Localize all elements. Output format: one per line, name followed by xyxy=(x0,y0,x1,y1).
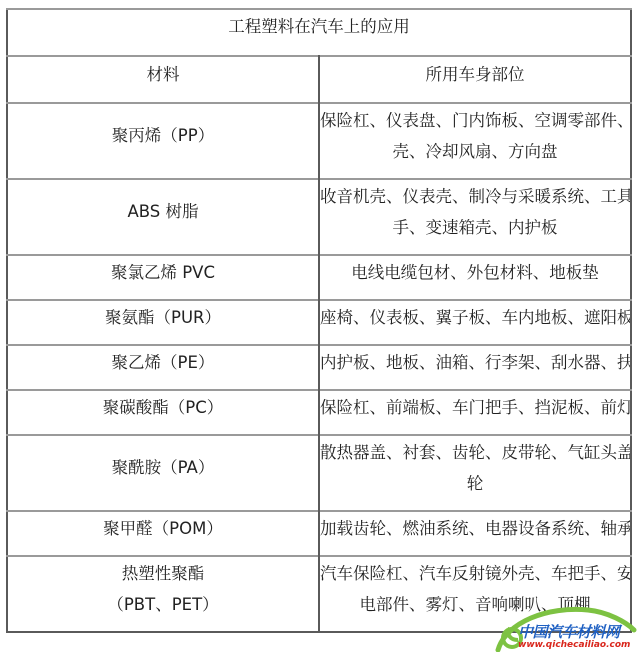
material-cell: 聚碳酸酯（PC） xyxy=(7,390,319,435)
parts-text-line: 汽车保险杠、汽车反射镜外壳、车把手、安全气囊通 xyxy=(320,558,630,589)
material-cell: 聚丙烯（PP） xyxy=(7,103,319,179)
material-name: 聚丙烯（PP） xyxy=(8,120,318,151)
table-row: 聚氯乙烯 PVC 电线电缆包材、外包材料、地板垫 xyxy=(7,255,631,300)
material-cell: 聚酰胺（PA） xyxy=(7,435,319,511)
parts-cell: 加载齿轮、燃油系统、电器设备系统、轴承、衬套 xyxy=(319,511,631,556)
material-name: 聚甲醛（POM） xyxy=(8,513,318,544)
table-row: 聚乙烯（PE） 内护板、地板、油箱、行李架、刮水器、扶手骨架 xyxy=(7,345,631,390)
header-material: 材料 xyxy=(8,57,318,90)
material-cell: 聚氨酯（PUR） xyxy=(7,300,319,345)
parts-text-line: 保险杠、前端板、车门把手、挡泥板、前灯 xyxy=(320,392,630,423)
header-parts-cell: 所用车身部位 xyxy=(319,56,631,103)
table-row: 聚甲醛（POM） 加载齿轮、燃油系统、电器设备系统、轴承、衬套 xyxy=(7,511,631,556)
parts-text-line: 收音机壳、仪表壳、制冷与采暖系统、工具箱、扶 xyxy=(320,181,630,212)
parts-text-line: 壳、冷却风扇、方向盘 xyxy=(320,136,630,167)
table-title: 工程塑料在汽车上的应用 xyxy=(8,10,630,42)
table-row: 聚丙烯（PP） 保险杠、仪表盘、门内饰板、空调零部件、蓄电池外 壳、冷却风扇、方… xyxy=(7,103,631,179)
material-name: （PBT、PET） xyxy=(8,589,318,620)
parts-text-line: 电部件、雾灯、音响喇叭、顶棚 xyxy=(320,589,630,620)
parts-cell: 内护板、地板、油箱、行李架、刮水器、扶手骨架 xyxy=(319,345,631,390)
material-name: 热塑性聚酯 xyxy=(8,558,318,589)
table-row: 聚氨酯（PUR） 座椅、仪表板、翼子板、车内地板、遮阳板、保险杠 xyxy=(7,300,631,345)
parts-text-line: 手、变速箱壳、内护板 xyxy=(320,212,630,243)
parts-text-line: 电线电缆包材、外包材料、地板垫 xyxy=(320,257,630,288)
table-row: ABS 树脂 收音机壳、仪表壳、制冷与采暖系统、工具箱、扶 手、变速箱壳、内护板 xyxy=(7,179,631,255)
header-parts: 所用车身部位 xyxy=(320,57,630,90)
material-cell: 聚氯乙烯 PVC xyxy=(7,255,319,300)
material-name: 聚乙烯（PE） xyxy=(8,347,318,378)
parts-text-line: 内护板、地板、油箱、行李架、刮水器、扶手骨架 xyxy=(320,347,630,378)
parts-text-line: 加载齿轮、燃油系统、电器设备系统、轴承、衬套 xyxy=(320,513,630,544)
material-name: ABS 树脂 xyxy=(8,196,318,227)
parts-cell: 电线电缆包材、外包材料、地板垫 xyxy=(319,255,631,300)
table-header-row: 材料 所用车身部位 xyxy=(7,56,631,103)
parts-cell: 保险杠、前端板、车门把手、挡泥板、前灯 xyxy=(319,390,631,435)
parts-cell: 汽车保险杠、汽车反射镜外壳、车把手、安全气囊通 电部件、雾灯、音响喇叭、顶棚 xyxy=(319,556,631,632)
parts-cell: 保险杠、仪表盘、门内饰板、空调零部件、蓄电池外 壳、冷却风扇、方向盘 xyxy=(319,103,631,179)
material-cell: 热塑性聚酯 （PBT、PET） xyxy=(7,556,319,632)
material-name: 聚氯乙烯 PVC xyxy=(8,257,318,288)
parts-cell: 座椅、仪表板、翼子板、车内地板、遮阳板、保险杠 xyxy=(319,300,631,345)
plastics-application-table: 工程塑料在汽车上的应用 材料 所用车身部位 聚丙烯（PP） 保险杠、仪表盘、门内… xyxy=(6,8,632,633)
table-title-cell: 工程塑料在汽车上的应用 xyxy=(7,9,631,56)
parts-cell: 收音机壳、仪表壳、制冷与采暖系统、工具箱、扶 手、变速箱壳、内护板 xyxy=(319,179,631,255)
material-cell: ABS 树脂 xyxy=(7,179,319,255)
material-name: 聚酰胺（PA） xyxy=(8,452,318,483)
table-row: 聚碳酸酯（PC） 保险杠、前端板、车门把手、挡泥板、前灯 xyxy=(7,390,631,435)
material-cell: 聚乙烯（PE） xyxy=(7,345,319,390)
material-name: 聚氨酯（PUR） xyxy=(8,302,318,333)
material-cell: 聚甲醛（POM） xyxy=(7,511,319,556)
watermark-site-url: www.qichecailiao.com xyxy=(518,640,630,650)
parts-text-line: 保险杠、仪表盘、门内饰板、空调零部件、蓄电池外 xyxy=(320,105,630,136)
table-row: 聚酰胺（PA） 散热器盖、衬套、齿轮、皮带轮、气缸头盖、水泵叶 轮 xyxy=(7,435,631,511)
parts-text-line: 座椅、仪表板、翼子板、车内地板、遮阳板、保险杠 xyxy=(320,302,630,333)
header-material-cell: 材料 xyxy=(7,56,319,103)
parts-text-line: 散热器盖、衬套、齿轮、皮带轮、气缸头盖、水泵叶 xyxy=(320,437,630,468)
table-title-row: 工程塑料在汽车上的应用 xyxy=(7,9,631,56)
table-row: 热塑性聚酯 （PBT、PET） 汽车保险杠、汽车反射镜外壳、车把手、安全气囊通 … xyxy=(7,556,631,632)
material-name: 聚碳酸酯（PC） xyxy=(8,392,318,423)
parts-cell: 散热器盖、衬套、齿轮、皮带轮、气缸头盖、水泵叶 轮 xyxy=(319,435,631,511)
parts-text-line: 轮 xyxy=(320,468,630,499)
